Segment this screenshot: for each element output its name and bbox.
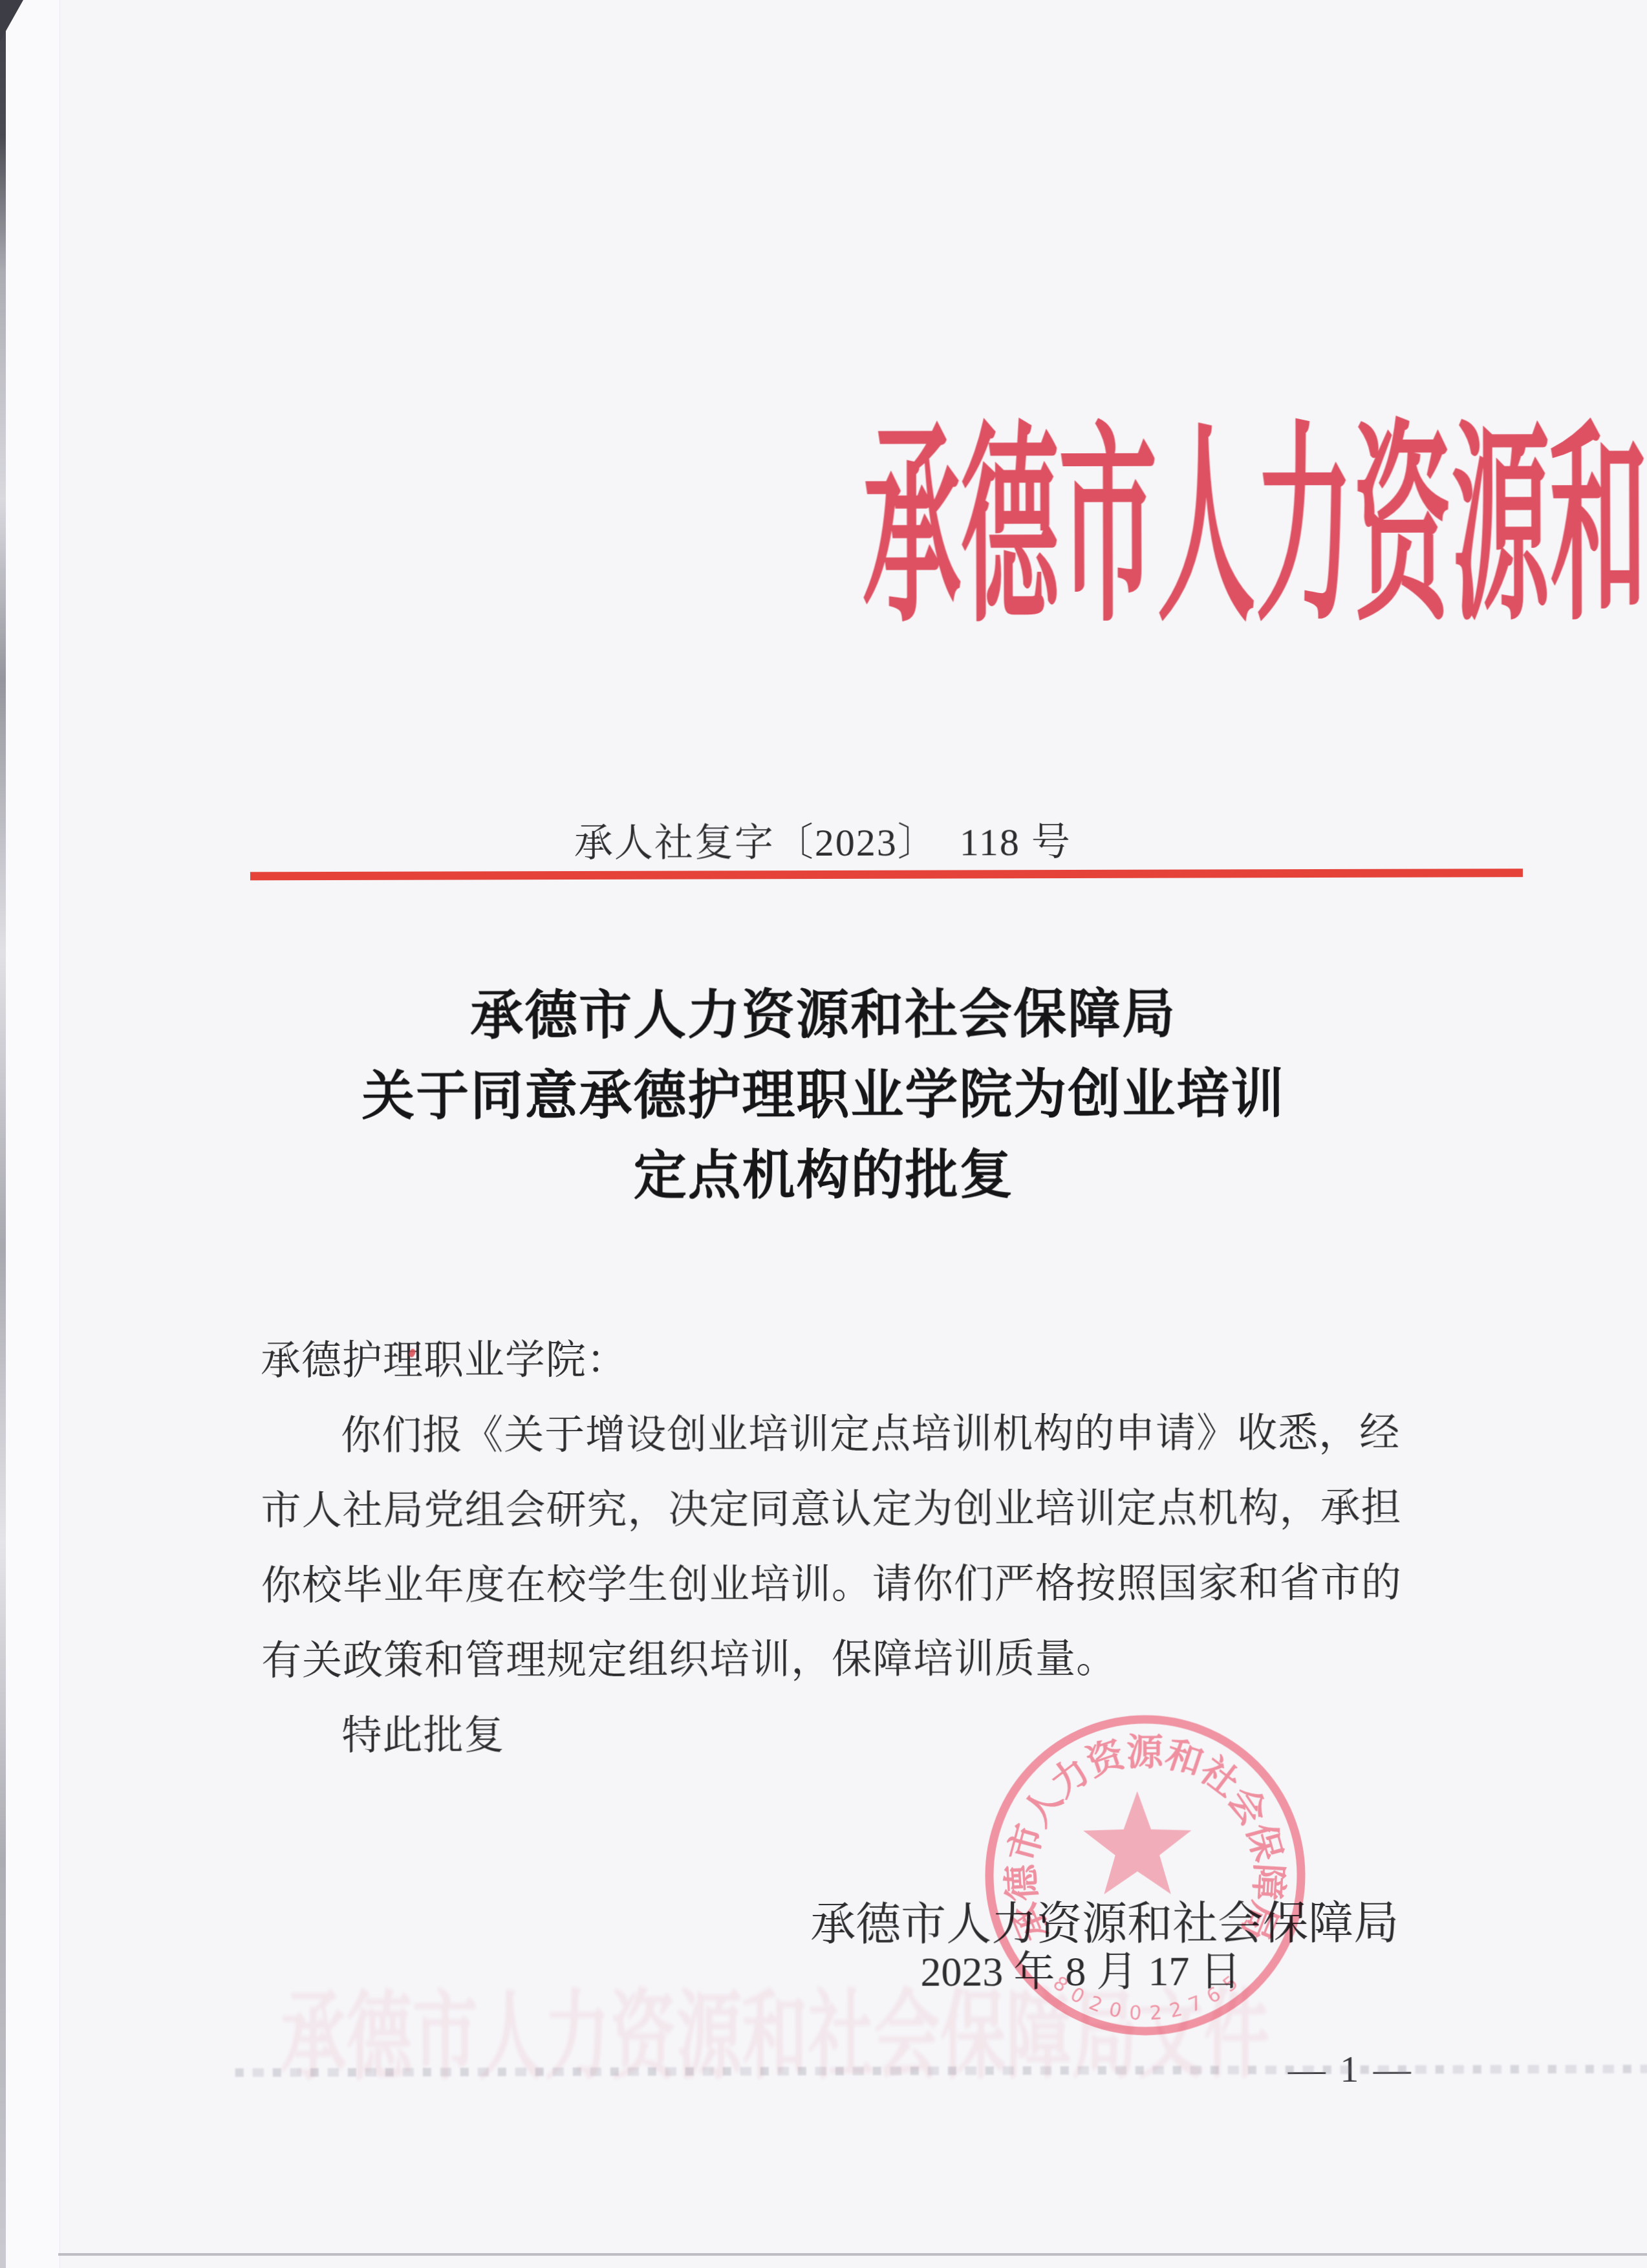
body-paragraph-line: 有关政策和管理规定组织培训，保障培训质量。 [261, 1626, 1117, 1686]
svg-text:0: 0 [1128, 2002, 1143, 2025]
scan-left-edge-shadow [0, 0, 6, 2268]
letterhead-title: 承德市人力资源和社会保障局文件 [0, 422, 1646, 640]
seal-star-icon [1083, 1791, 1192, 1895]
svg-text:8: 8 [1048, 1972, 1072, 1997]
svg-text:2: 2 [1148, 2002, 1163, 2025]
scan-bottom-edge-shadow [58, 2253, 1647, 2256]
body-paragraph-line: 你们报《关于增设创业培训定点培训机构的申请》收悉，经 [261, 1401, 1400, 1462]
document-content: 承德市人力资源和社会保障局文件 承人社复字〔2023〕 118 号 承德市人力资… [0, 0, 1647, 2268]
svg-text:德: 德 [1001, 1862, 1044, 1903]
svg-text:承: 承 [1006, 1897, 1057, 1947]
document-title-line-2: 关于同意承德护理职业学院为创业培训 [0, 1053, 1647, 1138]
document-title-line-1: 承德市人力资源和社会保障局 [0, 973, 1647, 1058]
svg-text:2: 2 [1167, 1998, 1184, 2022]
closing-phrase: 特此批复 [261, 1703, 504, 1761]
svg-text:0: 0 [1107, 1998, 1124, 2022]
svg-text:源: 源 [1126, 1732, 1164, 1773]
svg-text:7: 7 [1185, 1991, 1205, 2017]
body-paragraph-line: 市人社局党组会研究，决定同意认定为创业培训定点机构，承担 [261, 1476, 1401, 1537]
red-divider-rule [250, 869, 1523, 880]
scanned-official-document: 承德市人力资源和社会保障局文件 承人社复字〔2023〕 118 号 承德市人力资… [0, 0, 1647, 2268]
svg-text:0: 0 [1066, 1983, 1088, 2009]
document-number: 承人社复字〔2023〕 118 号 [0, 810, 1646, 870]
svg-text:2: 2 [1086, 1992, 1105, 2018]
salutation: 承德护理职业学院： [261, 1328, 627, 1386]
official-seal: 承德市人力资源和社会保障局 8020022765 [979, 1709, 1311, 2041]
svg-text:障: 障 [1247, 1863, 1289, 1901]
svg-text:6: 6 [1203, 1983, 1225, 2009]
svg-text:局: 局 [1234, 1896, 1286, 1945]
document-title-line-3: 定点机构的批复 [0, 1134, 1647, 1218]
letterhead-title-text: 承德市人力资源和社会保障局文件 [863, 420, 1647, 637]
svg-text:5: 5 [1219, 1971, 1243, 1996]
document-title: 承德市人力资源和社会保障局 关于同意承德护理职业学院为创业培训 定点机构的批复 [0, 973, 1647, 1218]
body-paragraph-line: 你校毕业年度在校学生创业培训。请你们严格按照国家和省市的 [261, 1551, 1402, 1612]
